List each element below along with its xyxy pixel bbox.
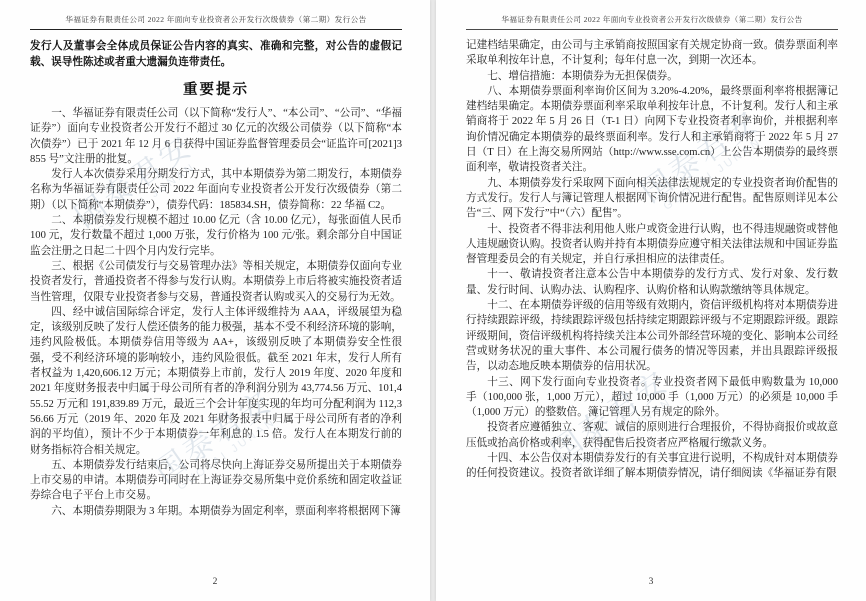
paragraph: 十、投资者不得非法利用他人账户或资金进行认购，也不得违规融资或替他人违规融资认购… <box>466 222 838 268</box>
running-header: 华福证券有限责任公司 2022 年面向专业投资者公开发行次级债券（第二期）发行公… <box>28 12 404 29</box>
paragraph: 十二、在本期债券评级的信用等级有效期内，资信评级机构将对本期债券进行持续跟踪评级… <box>466 298 838 374</box>
paragraph: 八、本期债券票面利率询价区间为 3.20%-4.20%，最终票面利率将根据簿记建… <box>466 84 838 176</box>
paragraph: 十三、网下发行面向专业投资者。专业投资者网下最低申购数量为 10,000 手（1… <box>466 375 838 421</box>
document-page-2: 华福证券有限责任公司 2022 年面向专业投资者公开发行次级债券（第二期）发行公… <box>0 0 430 601</box>
running-header: 华福证券有限责任公司 2022 年面向专业投资者公开发行次级债券（第二期）发行公… <box>464 12 840 29</box>
header-rule <box>466 29 838 30</box>
paragraph: 投资者应遵循独立、客观、诚信的原则进行合理报价，不得协商报价或故意压低或抬高价格… <box>466 420 838 451</box>
page-number: 2 <box>0 577 430 587</box>
document-page-3: 华福证券有限责任公司 2022 年面向专业投资者公开发行次级债券（第二期）发行公… <box>436 0 866 601</box>
issuer-declaration: 发行人及董事会全体成员保证公告内容的真实、准确和完整，对公告的虚假记载、误导性陈… <box>30 38 402 70</box>
paragraph: 六、本期债券期限为 3 年期。本期债券为固定利率，票面利率将根据网下簿 <box>30 504 402 519</box>
paragraph: 二、本期债券发行规模不超过 10.00 亿元（含 10.00 亿元），每张面值人… <box>30 213 402 259</box>
page-body: 一、华福证券有限责任公司（以下简称“发行人”、“本公司”、“公司”、“华福证券”… <box>30 106 402 519</box>
paragraph: 四、经中诚信国际综合评定，发行人主体评级维持为 AAA，评级展望为稳定，该级别反… <box>30 305 402 458</box>
paragraph: 五、本期债券发行结束后，公司将尽快向上海证券交易所提出关于本期债券上市交易的申请… <box>30 458 402 504</box>
paragraph: 一、华福证券有限责任公司（以下简称“发行人”、“本公司”、“公司”、“华福证券”… <box>30 106 402 167</box>
page-body: 记建档结果确定，由公司与主承销商按照国家有关规定协商一致。债券票面利率采取单利按… <box>466 38 838 482</box>
paragraph: 发行人本次债券采用分期发行方式，其中本期债券为第二期发行，本期债券名称为华福证券… <box>30 167 402 213</box>
paragraph: 九、本期债券发行采取网下面向相关法律法规规定的专业投资者询价配售的方式发行。发行… <box>466 176 838 222</box>
paragraph: 十一、敬请投资者注意本公告中本期债券的发行方式、发行对象、发行数量、发行时间、认… <box>466 267 838 298</box>
important-notice-title: 重要提示 <box>28 78 404 99</box>
paragraph: 十四、本公告仅对本期债券发行的有关事宜进行说明，不构成针对本期债券的任何投资建议… <box>466 451 838 482</box>
paragraph: 记建档结果确定，由公司与主承销商按照国家有关规定协商一致。债券票面利率采取单利按… <box>466 38 838 69</box>
page-number: 3 <box>436 577 866 587</box>
paragraph: 三、根据《公司债发行与交易管理办法》等相关规定，本期债券仅面向专业投资者发行，普… <box>30 259 402 305</box>
document-spread: 华福证券有限责任公司 2022 年面向专业投资者公开发行次级债券（第二期）发行公… <box>0 0 866 601</box>
header-rule <box>30 29 402 30</box>
paragraph: 七、增信措施：本期债券为无担保债券。 <box>466 69 838 84</box>
